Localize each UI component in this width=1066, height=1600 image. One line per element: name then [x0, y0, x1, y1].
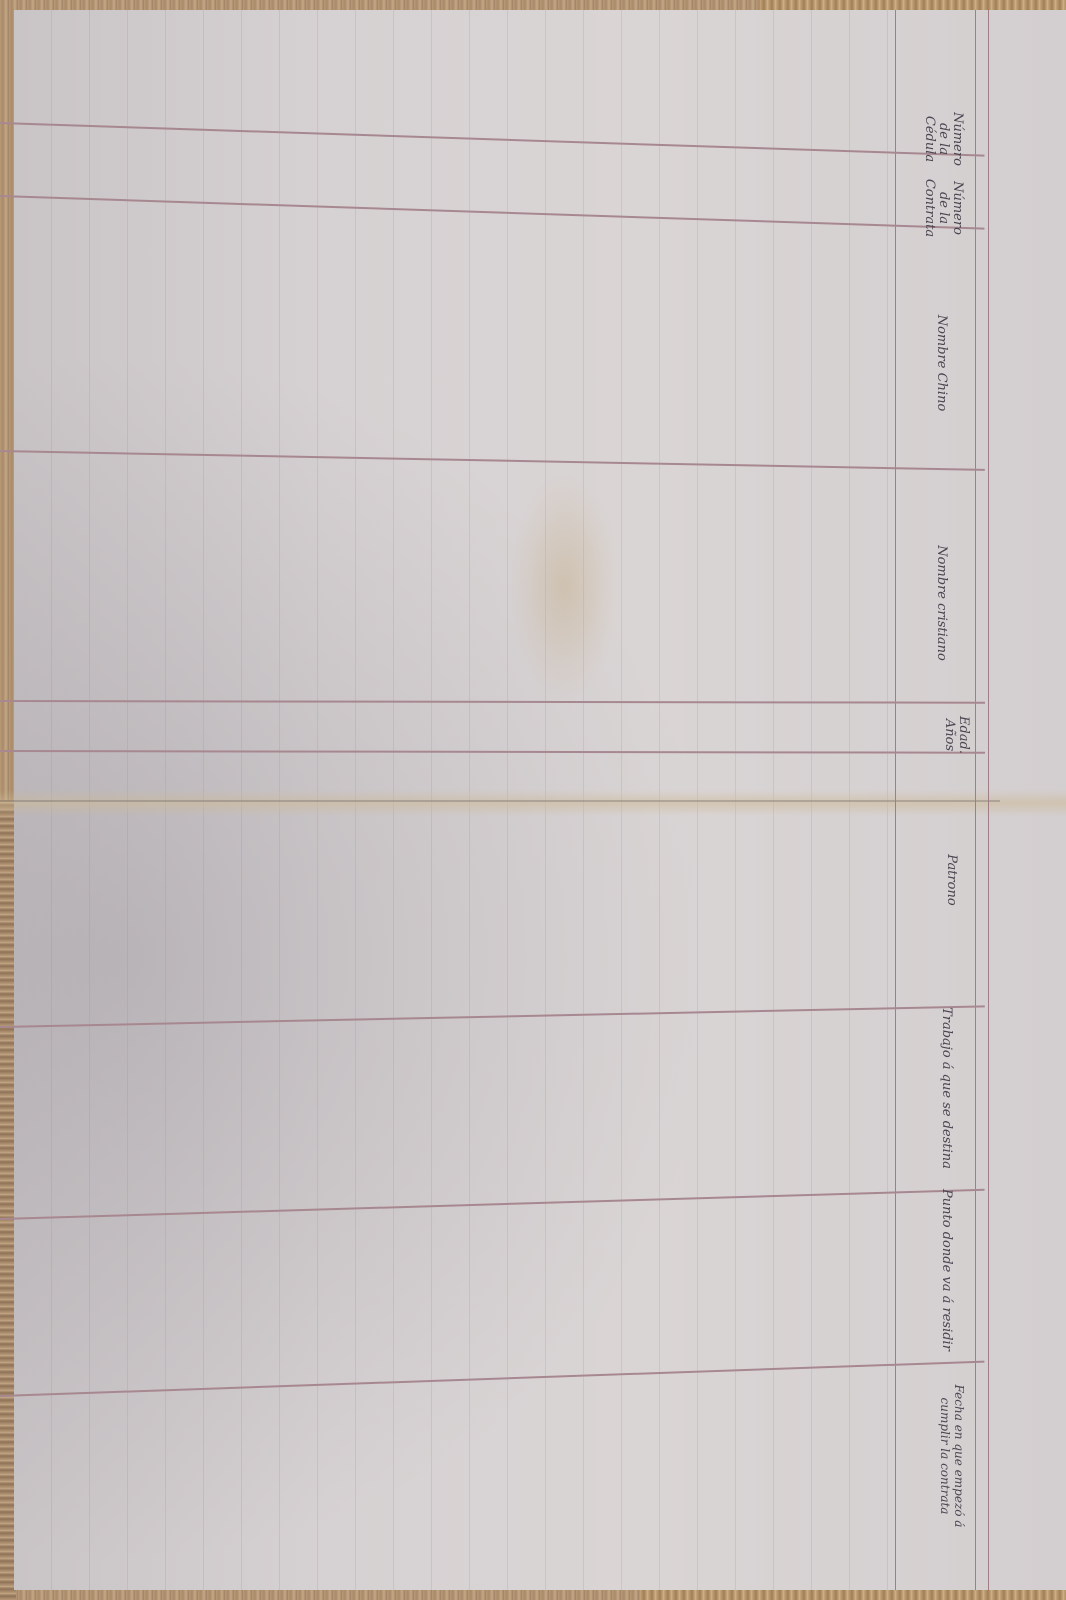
header-outer-border	[975, 10, 976, 1590]
fold-crease	[0, 800, 1000, 802]
column-header-edad: Edad. Años	[930, 710, 970, 760]
column-header-nombre-cristiano: Nombre cristiano	[932, 523, 948, 683]
header-inner-border	[895, 10, 896, 1590]
column-header-trabajo: Trabajo á que se destina	[937, 988, 953, 1188]
column-header-patrono: Patrono	[942, 830, 958, 930]
column-header-fecha: Fecha en que empezó á cumplir la contrat…	[934, 1351, 966, 1561]
header-outer-border-double	[988, 10, 989, 1590]
water-stain	[510, 470, 620, 700]
page-fold	[0, 790, 1066, 816]
column-header-nombre-chino: Nombre Chino	[932, 293, 948, 433]
column-header-numero-contrata: Número de la Contrata	[916, 158, 964, 258]
column-header-punto: Punto donde va á residir	[937, 1170, 953, 1370]
